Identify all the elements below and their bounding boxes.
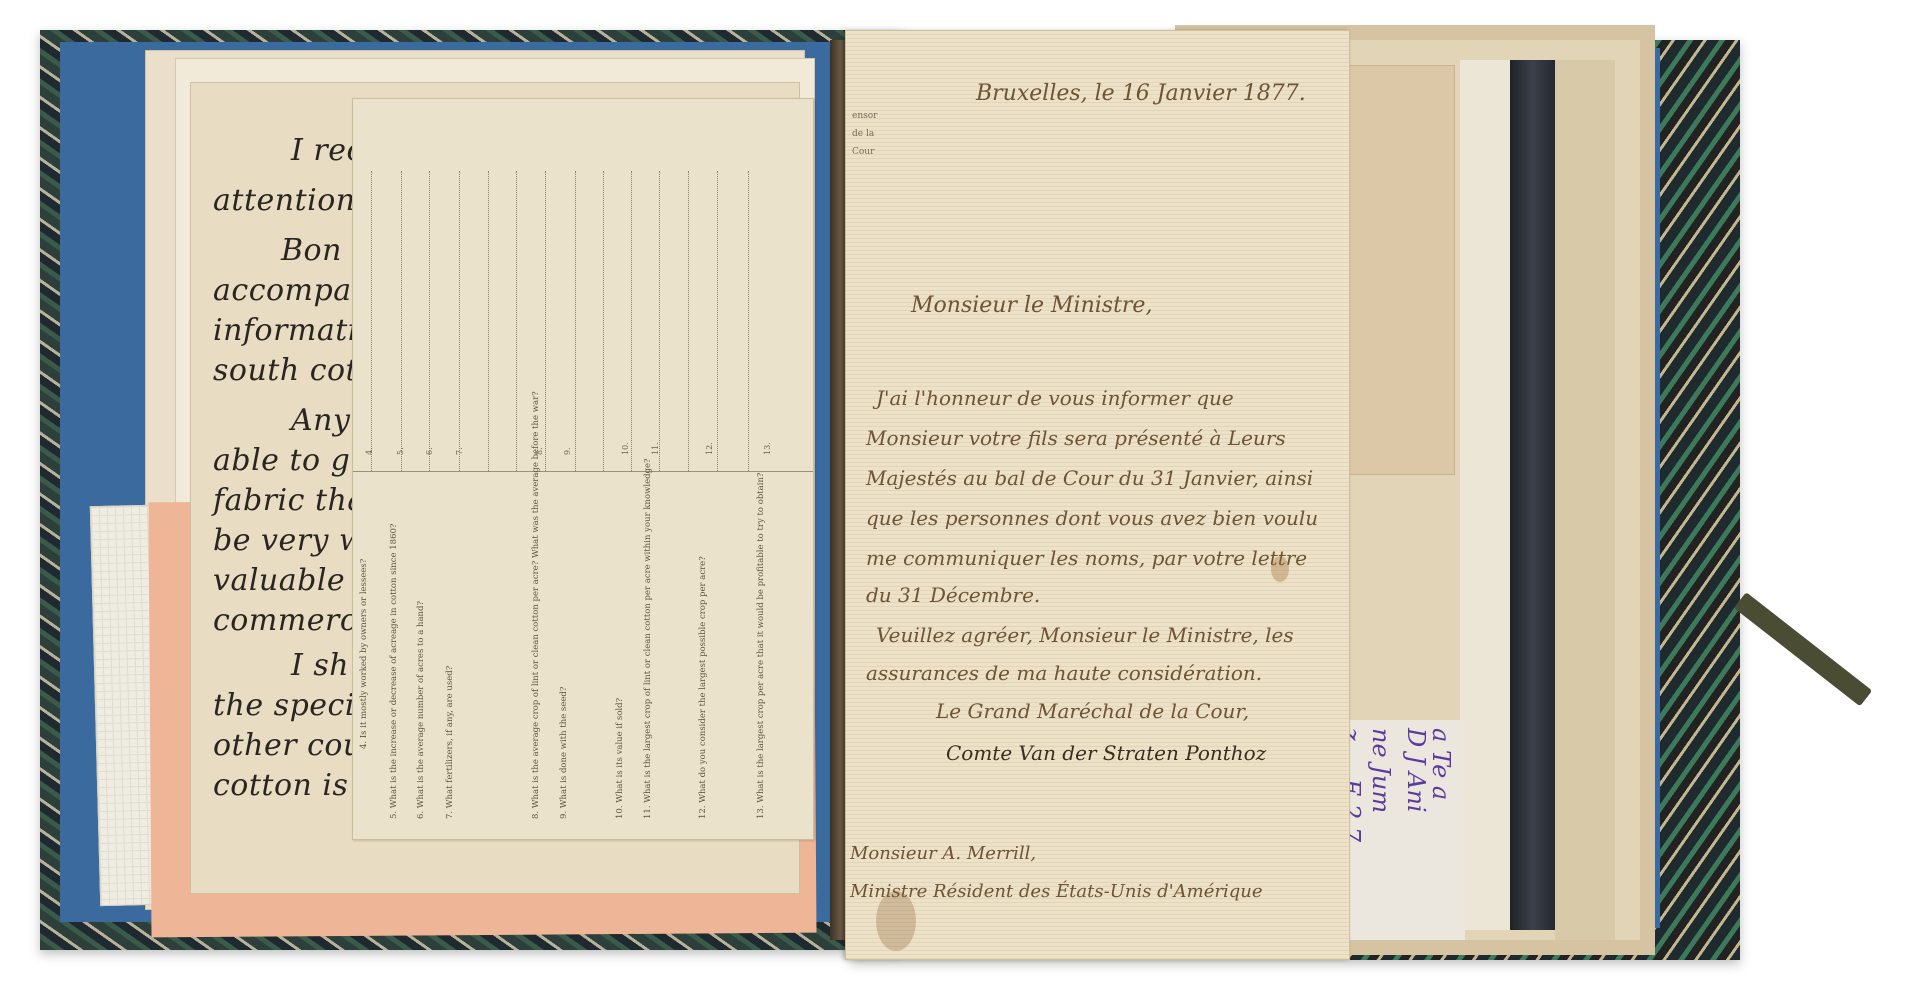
dark-paper-strip xyxy=(1510,60,1555,930)
answer-line xyxy=(631,171,632,471)
question-text: 4. Is it mostly worked by owners or less… xyxy=(359,559,369,749)
answer-line xyxy=(688,171,689,471)
answer-number: 6. xyxy=(425,447,434,455)
body-line: Veuillez agréer, Monsieur le Ministre, l… xyxy=(876,623,1294,647)
note-line: D J Ani xyxy=(1402,728,1430,813)
answer-line xyxy=(371,171,372,471)
question-text: 5. What is the increase or decrease of a… xyxy=(389,524,399,819)
letter-line: Any xyxy=(291,403,350,438)
stamp-line: de la xyxy=(852,125,877,143)
body-line: assurances de ma haute considération. xyxy=(866,661,1262,685)
main-french-letter[interactable]: ensor de la Cour Bruxelles, le 16 Janvie… xyxy=(845,30,1350,960)
letterhead-stamp: ensor de la Cour xyxy=(852,107,877,161)
stamp-line: ensor xyxy=(852,107,877,125)
letter-line: valuable xyxy=(213,563,345,598)
form-divider xyxy=(353,471,813,472)
salutation: Monsieur le Ministre, xyxy=(911,293,1152,318)
answer-line xyxy=(717,171,718,471)
answer-line xyxy=(603,171,604,471)
letter-line: fabric tha xyxy=(213,483,366,518)
answer-line xyxy=(429,171,430,471)
body-line: du 31 Décembre. xyxy=(866,583,1040,607)
answer-number: 12. xyxy=(705,442,714,455)
answer-number: 7. xyxy=(455,447,464,455)
note-line: ne Jum xyxy=(1367,728,1395,813)
addressee-line: Monsieur A. Merrill, xyxy=(850,843,1036,864)
answer-line xyxy=(401,171,402,471)
body-line: Monsieur votre fils sera présenté à Leur… xyxy=(866,426,1286,450)
answer-line xyxy=(488,171,489,471)
question-text: 12. What do you consider the largest pos… xyxy=(698,556,708,819)
body-line: que les personnes dont vous avez bien vo… xyxy=(866,506,1318,530)
question-text: 13. What is the largest crop per acre th… xyxy=(756,473,766,820)
answer-number: 13. xyxy=(763,442,772,455)
stamp-line: Cour xyxy=(852,143,877,161)
question-text: 9. What is done with the seed? xyxy=(559,687,569,819)
answer-number: 5. xyxy=(396,447,405,455)
addressee-line: Ministre Résident des États-Unis d'Améri… xyxy=(850,881,1263,902)
body-line: J'ai l'honneur de vous informer que xyxy=(876,386,1234,410)
cotton-questionnaire-form[interactable]: 4. 5. 6. 7. 8. 9. 10. 11. 12. 13. 4. Is … xyxy=(352,98,814,840)
answer-number: 4. xyxy=(365,447,374,455)
ink-stain xyxy=(1271,556,1289,582)
body-line: Majestés au bal de Cour du 31 Janvier, a… xyxy=(866,466,1313,490)
answer-line xyxy=(516,171,517,471)
right-stack-sheet xyxy=(1555,60,1615,940)
answer-number: 9. xyxy=(563,447,572,455)
letter-line: I sh xyxy=(291,648,349,683)
letter-line: Bon xyxy=(281,233,342,268)
answer-line xyxy=(748,171,749,471)
purple-ink-note[interactable]: a Te a D J Ani ne Jum z ... E 2 7 xyxy=(1335,720,1465,940)
answer-line xyxy=(659,171,660,471)
question-text: 10. What is its value if sold? xyxy=(615,698,625,819)
question-text: 6. What is the average number of acres t… xyxy=(416,601,426,819)
question-text: 8. What is the average crop of lint or c… xyxy=(531,391,541,819)
answer-line xyxy=(545,171,546,471)
answer-line xyxy=(575,171,576,471)
answer-number: 11. xyxy=(651,442,660,455)
closing-title: Le Grand Maréchal de la Cour, xyxy=(936,699,1249,723)
question-text: 11. What is the largest crop of lint or … xyxy=(643,458,653,819)
answer-line xyxy=(459,171,460,471)
note-line: a Te a xyxy=(1427,728,1455,800)
dateline: Bruxelles, le 16 Janvier 1877. xyxy=(976,81,1306,106)
answer-number: 10. xyxy=(621,442,630,455)
folder-tie-strap[interactable] xyxy=(1734,592,1872,706)
signature: Comte Van der Straten Ponthoz xyxy=(946,741,1266,765)
question-text: 7. What fertilizers, if any, are used? xyxy=(445,666,455,819)
tan-insert-sheet xyxy=(1345,65,1455,475)
body-line: me communiquer les noms, par votre lettr… xyxy=(866,546,1307,570)
